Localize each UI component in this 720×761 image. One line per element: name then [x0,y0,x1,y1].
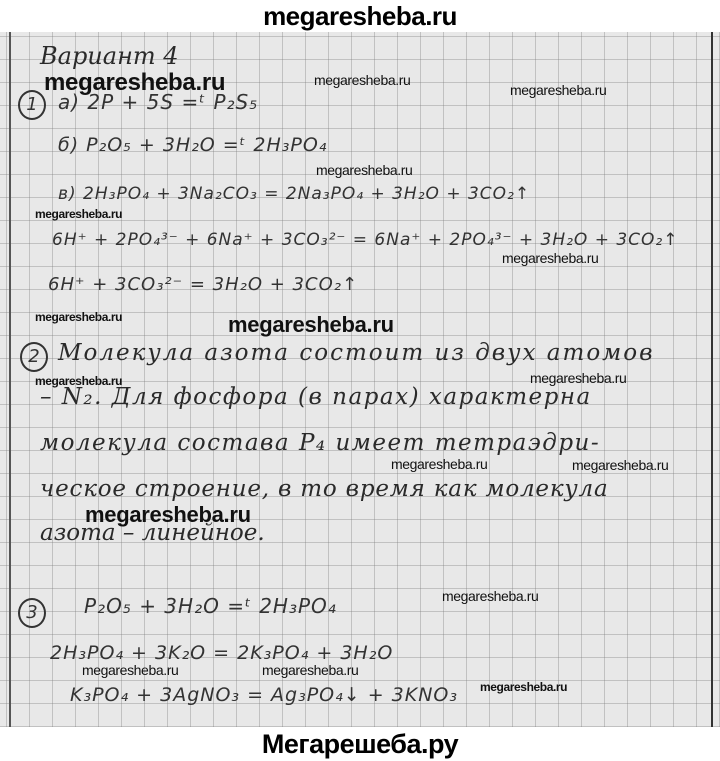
task-2-line: – N₂. Для фосфора (в парах) характерна [40,384,592,410]
task-3-equation: K₃PO₄ + 3AgNO₃ = Ag₃PO₄↓ + 3KNO₃ [70,684,458,706]
task-3-equation: P₂O₅ + 3H₂O =ᵗ 2H₃PO₄ [84,594,337,618]
margin-line-left [9,32,11,727]
task-1v-equation: в) 2H₃PO₄ + 3Na₂CO₃ = 2Na₃PO₄ + 3H₂O + 3… [58,184,530,204]
watermark: megaresheba.ru [35,310,122,324]
watermark: megaresheba.ru [442,588,538,604]
watermark: megaresheba.ru [316,162,412,178]
task-1b-equation: б) P₂O₅ + 3H₂O =ᵗ 2H₃PO₄ [58,134,327,156]
task-3-equation: 2H₃PO₄ + 3K₂O = 2K₃PO₄ + 3H₂O [50,642,393,664]
watermark: megaresheba.ru [228,312,394,338]
site-header: megaresheba.ru [0,0,720,32]
watermark: megaresheba.ru [82,662,178,678]
task-2-number: 2 [20,342,48,372]
variant-title: Вариант 4 [40,42,179,70]
task-1-number: 1 [18,90,46,120]
watermark: megaresheba.ru [44,69,225,97]
task-1-ionic-full: 6H⁺ + 2PO₄³⁻ + 6Na⁺ + 3CO₃²⁻ = 6Na⁺ + 2P… [52,230,678,250]
task-2-line: Молекула азота состоит из двух атомов [58,340,654,366]
notebook-page: Вариант 4 1 а) 2P + 5S =ᵗ P₂S₅ б) P₂O₅ +… [0,32,720,727]
margin-line-right [711,32,713,727]
watermark: megaresheba.ru [510,82,606,98]
watermark: megaresheba.ru [480,680,567,694]
task-1-ionic-short: 6H⁺ + 3CO₃²⁻ = 3H₂O + 3CO₂↑ [48,274,358,295]
site-footer: Мегарешеба.ру [0,727,720,761]
watermark: megaresheba.ru [502,250,598,266]
watermark: megaresheba.ru [530,370,626,386]
watermark: megaresheba.ru [314,72,410,88]
task-3-number: 3 [18,598,46,628]
task-2-line: молекула состава P₄ имеет тетраэдри- [40,430,600,456]
watermark: megaresheba.ru [85,502,251,528]
watermark: megaresheba.ru [572,457,668,473]
watermark: megaresheba.ru [391,456,487,472]
watermark: megaresheba.ru [262,662,358,678]
task-2-line: ческое строение, в то время как молекула [40,476,608,502]
watermark: megaresheba.ru [35,207,122,221]
watermark: megaresheba.ru [35,374,122,388]
